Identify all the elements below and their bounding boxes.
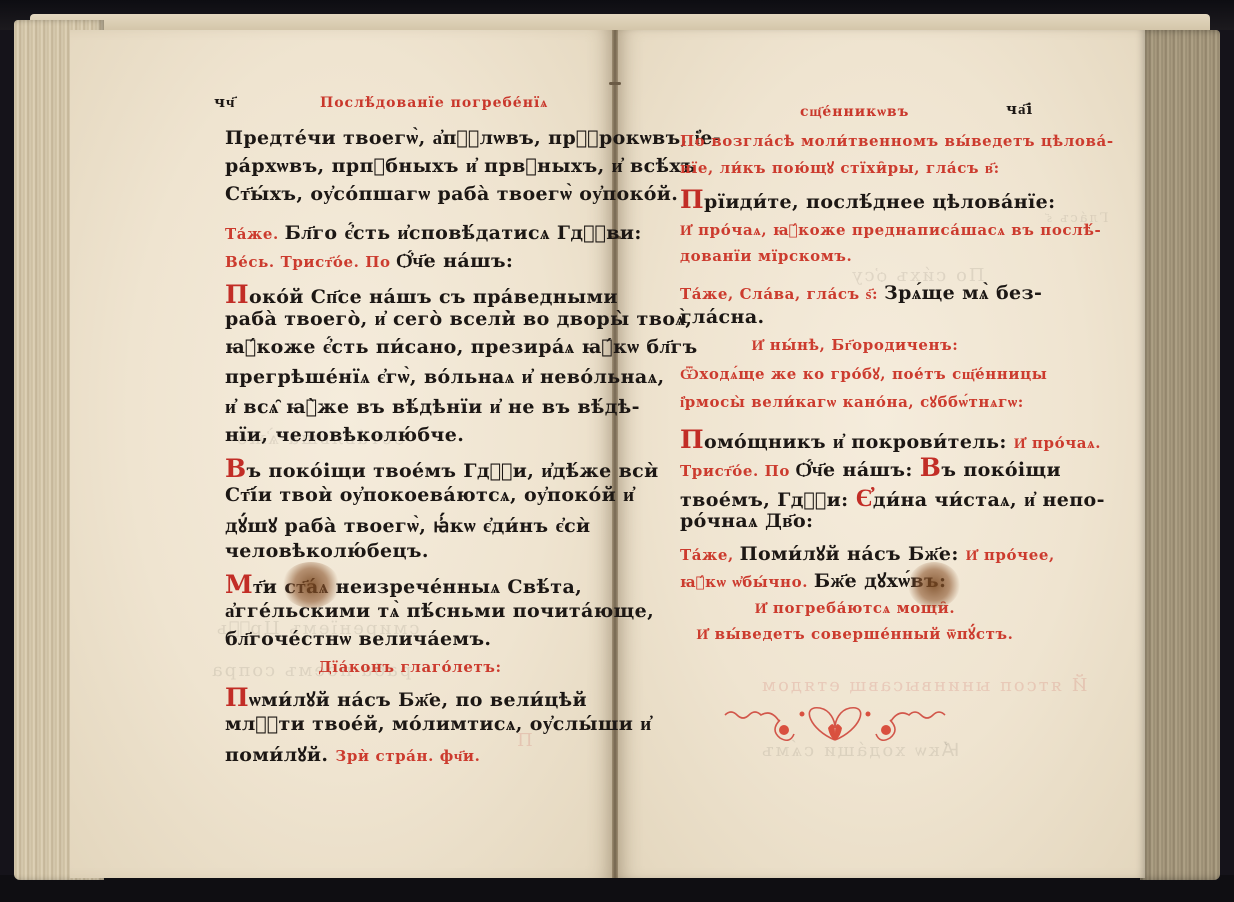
text-line: И҆ ны́нѣ, Бг҃ородиченъ: xyxy=(680,336,1030,355)
rubric-text: И҆ вы́ведетъ соверше́нный ѿпꙋ́стъ. xyxy=(697,625,1014,643)
text-line: Мт҃и ст҃а́ѧ неизрече́нныѧ Свѣ́та, xyxy=(225,570,595,599)
right-page-stack xyxy=(1140,30,1220,880)
left-running-header: Послѣ́дованїе погребе́нїѧ xyxy=(320,95,548,112)
body-text: ѡми́лꙋй на́съ Бж҃е, по вели́цѣй xyxy=(249,689,587,711)
text-line: И҆ вы́ведетъ соверше́нный ѿпꙋ́стъ. xyxy=(680,624,1030,644)
body-text: нїи, человѣколю́бче. xyxy=(225,424,464,446)
text-line: Та́же, Поми́лꙋй на́съ Бж҃е: И҆ про́чее, xyxy=(680,540,1030,566)
text-line: Трист҃о́е. По Ѻ҆́ч҃е на́шъ: Въ поко́іщи xyxy=(680,453,1030,482)
red-initial: В xyxy=(920,453,942,482)
body-text: рїиди́те, послѣ́днее цѣлова́нїе: xyxy=(704,191,1056,213)
body-text: человѣколю́бецъ. xyxy=(225,540,429,562)
text-line: Прїиди́те, послѣ́днее цѣлова́нїе: xyxy=(680,185,1030,214)
rubric-text: Та́же, xyxy=(680,546,740,564)
text-line: Поко́й Сп҃се на́шъ съ пра́ведными xyxy=(225,280,595,309)
rubric-text: И҆ про́чее, xyxy=(966,546,1055,564)
dark-background-bottom xyxy=(0,875,1234,902)
body-text: ра́рхѡвъ, прпⷣбныхъ и҆ првⷣныхъ, и҆ всѣ́… xyxy=(225,155,696,177)
text-line: Та́же, Сла́ва, гла́съ ѕ҃: Зрѧ́ще мѧ̀ без… xyxy=(680,282,1030,305)
body-text: и҆ всѧ̑ ꙗ҆̀же въ вѣ́дѣнїи и҆ не въ вѣ́дѣ… xyxy=(225,396,640,418)
body-text: омо́щникъ и҆ покрови́тель: xyxy=(704,431,1014,453)
text-line: ра́рхѡвъ, прпⷣбныхъ и҆ првⷣныхъ, и҆ всѣ́… xyxy=(225,155,595,178)
text-line: Та́же. Бл҃го є҆́сть и҆сповѣ́датисѧ Гдⷭ҇в… xyxy=(225,222,595,245)
text-line: раба̀ твоего̀, и҆ сего̀ всели̇̀ во дворы… xyxy=(225,308,595,331)
text-line: нїе, ли́къ пою́щꙋ стїхи̑ры, гла́съ в҃: xyxy=(680,158,1030,178)
rubric-text: И҆ про́чаѧ. xyxy=(1014,434,1101,452)
binding-stitch xyxy=(609,82,621,85)
body-text: Ст҃ы́хъ, оу҆со́пшагѡ раба̀ твоегѡ̀ оу҆по… xyxy=(225,183,678,205)
body-text: ди́на чи́стаѧ, и҆ непо- xyxy=(873,489,1105,511)
text-line: твое́мъ, Гдⷭ҇и: Є҆ди́на чи́стаѧ, и҆ непо… xyxy=(680,483,1030,513)
text-line: бл҃гоче́стнѡ велича́емъ. xyxy=(225,628,595,651)
paper-stain xyxy=(908,562,960,608)
show-through-text: Й ятсоп ынинвысавщ етядом xyxy=(760,675,1087,696)
red-initial: В xyxy=(225,454,247,483)
body-text: Ѻ҆́ч҃е на́шъ: xyxy=(396,250,513,272)
rubric-text: дованїи мїрскомъ. xyxy=(680,247,852,265)
right-folio-number: ча҃і xyxy=(1006,100,1033,119)
floral-ornament-icon xyxy=(720,700,950,750)
text-line: ро́чнаѧ Дв҃о: xyxy=(680,510,1030,533)
red-initial: П xyxy=(225,280,249,309)
rubric-text: И҆ про́чаѧ, ꙗ҆́коже преднаписа́шасѧ въ п… xyxy=(680,221,1101,239)
text-line: Ст҃ы́хъ, оу҆со́пшагѡ раба̀ твоегѡ̀ оу҆по… xyxy=(225,183,595,206)
body-text: дꙋ́шꙋ раба̀ твоегѡ̀, ꙗ҆́кѡ є҆ди́нъ є҆сѝ xyxy=(225,515,591,537)
text-line: Въ поко́іщи твое́мъ Гдⷭ҇и, и҆дѣ́же всѝ xyxy=(225,454,595,483)
text-line: дꙋ́шꙋ раба̀ твоегѡ̀, ꙗ҆́кѡ є҆ди́нъ є҆сѝ xyxy=(225,512,595,538)
text-line: ꙗ҆́кѡ ѡ҆бы́чно. Бж҃е дꙋхѡ́въ: xyxy=(680,567,1030,593)
body-text: раба̀ твоего̀, и҆ сего̀ всели̇̀ во дворы… xyxy=(225,308,692,330)
text-line: и҆ всѧ̑ ꙗ҆̀же въ вѣ́дѣнїи и҆ не въ вѣ́дѣ… xyxy=(225,396,595,419)
text-line: человѣколю́бецъ. xyxy=(225,540,595,562)
rubric-text: Та́же. xyxy=(225,225,285,243)
text-line: Ст҃і́и твоѝ оу҆покоева́ютсѧ, оу҆поко́й и… xyxy=(225,484,595,507)
body-text: ъ поко́іщи xyxy=(941,459,1061,481)
text-line: Предте́чи твоегѡ̀, а҆пⷭ҇лѡвъ, прⷪ҇рокѡвъ… xyxy=(225,127,595,150)
text-line: Пѡми́лꙋй на́съ Бж҃е, по вели́цѣй xyxy=(225,683,595,712)
body-text: а҆гге́льскими тѧ̀ пѣ́сньми почита́юще, xyxy=(225,600,654,622)
text-line: прегрѣше́нїѧ є҆гѡ̀, во́льнаѧ и҆ нево́льн… xyxy=(225,366,595,389)
body-text: Ст҃і́и твоѝ оу҆покоева́ютсѧ, оу҆поко́й и… xyxy=(225,484,634,506)
body-text: ро́чнаѧ Дв҃о: xyxy=(680,510,813,532)
rubric-text: И҆ ны́нѣ, Бг҃ородиченъ: xyxy=(752,336,959,354)
body-text: бл҃гоче́стнѡ велича́емъ. xyxy=(225,628,491,650)
text-line: млⷭ҇ти твое́й, мо́лимтисѧ, оу҆слы́ши и҆ xyxy=(225,713,595,736)
body-text: прегрѣше́нїѧ є҆гѡ̀, во́льнаѧ и҆ нево́льн… xyxy=(225,366,665,388)
paper-stain xyxy=(282,562,340,608)
text-line: Помо́щникъ и҆ покрови́тель: И҆ про́чаѧ. xyxy=(680,425,1030,454)
body-text: млⷭ҇ти твое́й, мо́лимтисѧ, оу҆слы́ши и҆ xyxy=(225,713,652,735)
open-book: ѻ҆ста́вльша ѧ҆̀же смиренїемъ Црⷭ҇ь раба … xyxy=(0,0,1234,902)
text-line: дованїи мїрскомъ. xyxy=(680,247,1030,265)
text-line: і҆рмосы̀ вели́кагѡ кано́на, сꙋббѡ́тнѧгѡ: xyxy=(680,392,1030,412)
text-line: гла́сна. xyxy=(680,306,1030,328)
body-text: ꙗ҆́коже є҆́сть пи́сано, презира́ѧ ꙗ҆́кѡ … xyxy=(225,336,698,358)
text-line: ꙗ҆́коже є҆́сть пи́сано, презира́ѧ ꙗ҆́кѡ … xyxy=(225,336,595,359)
text-line: нїи, человѣколю́бче. xyxy=(225,424,595,446)
text-line: а҆гге́льскими тѧ̀ пѣ́сньми почита́юще, xyxy=(225,600,595,623)
rubric-text: Ве́сь. Трист҃о́е. По xyxy=(225,253,396,271)
rubric-text: і҆рмосы̀ вели́кагѡ кано́на, сꙋббѡ́тнѧгѡ: xyxy=(680,393,1024,411)
text-line: И҆ погреба́ютсѧ мощи̑. xyxy=(680,599,1030,618)
text-line: Ве́сь. Трист҃о́е. По Ѻ҆́ч҃е на́шъ: xyxy=(225,250,595,273)
rubric-text: По возгла́сѣ моли́твенномъ вы́ведетъ цѣл… xyxy=(680,132,1114,150)
body-text: Зрѧ́ще мѧ̀ без- xyxy=(884,282,1042,304)
left-folio-number: чч҃ xyxy=(214,93,235,112)
body-text: Ѻ҆́ч҃е на́шъ: xyxy=(796,459,920,481)
rubric-text: ꙗ҆́кѡ ѡ҆бы́чно. xyxy=(680,573,814,591)
body-text: поми́лꙋй. xyxy=(225,744,335,766)
right-running-header: сщ҃е́нникѡвъ xyxy=(800,104,909,121)
body-text: око́й Сп҃се на́шъ съ пра́ведными xyxy=(249,286,618,308)
body-text: Бл҃го є҆́сть и҆сповѣ́датисѧ Гдⷭ҇ви: xyxy=(285,222,642,244)
body-text: ъ поко́іщи твое́мъ Гдⷭ҇и, и҆дѣ́же всѝ xyxy=(247,460,659,482)
rubric-text: Ѿходѧ́ще же ко гро́бꙋ, пое́тъ сщ҃е́нницы xyxy=(680,365,1047,383)
body-text: Предте́чи твоегѡ̀, а҆пⷭ҇лѡвъ, прⷪ҇рокѡвъ… xyxy=(225,127,721,149)
rubric-text: Та́же, Сла́ва, гла́съ ѕ҃: xyxy=(680,285,884,303)
text-line: Ѿходѧ́ще же ко гро́бꙋ, пое́тъ сщ҃е́нницы xyxy=(680,364,1030,384)
body-text: твое́мъ, Гдⷭ҇и: xyxy=(680,489,856,511)
red-initial: М xyxy=(225,570,253,599)
red-initial: П xyxy=(680,185,704,214)
rubric-text: Дїа́конъ глаго́летъ: xyxy=(318,658,501,676)
body-text: гла́сна. xyxy=(680,306,765,328)
text-line: По возгла́сѣ моли́твенномъ вы́ведетъ цѣл… xyxy=(680,132,1030,150)
text-line: Дїа́конъ глаго́летъ: xyxy=(225,658,595,676)
red-initial: Є҆ xyxy=(856,483,873,512)
rubric-text: Зрѝ стра́н. фч҃и. xyxy=(335,747,480,765)
text-line: поми́лꙋй. Зрѝ стра́н. фч҃и. xyxy=(225,741,595,767)
text-line: И҆ про́чаѧ, ꙗ҆́коже преднаписа́шасѧ въ п… xyxy=(680,221,1030,240)
rubric-text: нїе, ли́къ пою́щꙋ стїхи̑ры, гла́съ в҃: xyxy=(680,159,1000,177)
rubric-text: Трист҃о́е. По xyxy=(680,462,796,480)
red-initial: П xyxy=(225,683,249,712)
red-initial: П xyxy=(680,425,704,454)
